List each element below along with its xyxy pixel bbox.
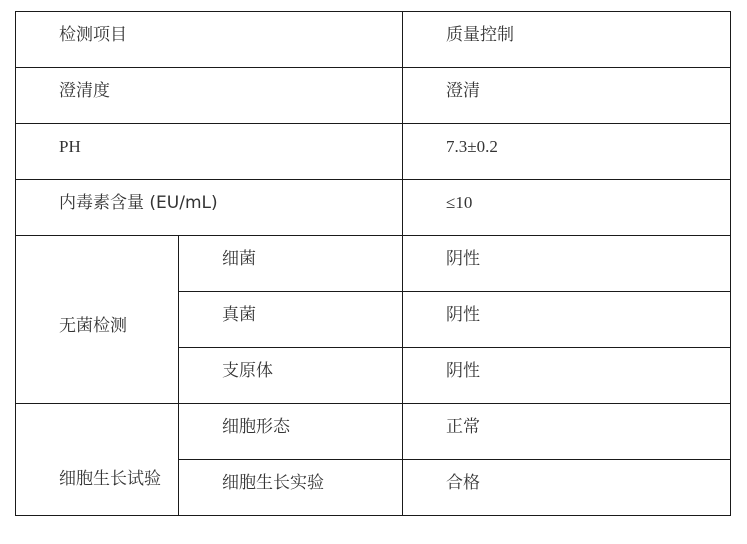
value-label: 阴性: [403, 236, 730, 270]
header-item-label: 检测项目: [16, 12, 402, 46]
value-cell: 7.3±0.2: [403, 124, 731, 180]
item-cell: PH: [16, 124, 403, 180]
value-label: ≤10: [403, 180, 730, 214]
subitem-cell: 细胞形态: [179, 404, 403, 460]
table-row: 内毒素含量 (EU/mL) ≤10: [16, 180, 731, 236]
subitem-label: 真菌: [179, 292, 402, 326]
value-cell: ≤10: [403, 180, 731, 236]
item-cell: 澄清度: [16, 68, 403, 124]
table-header-row: 检测项目 质量控制: [16, 12, 731, 68]
header-cell-item: 检测项目: [16, 12, 403, 68]
item-label: 澄清度: [16, 68, 402, 102]
quality-control-table: 检测项目 质量控制 澄清度 澄清 PH 7.3±0.2 内毒素含量 (EU/: [15, 11, 731, 516]
value-label: 阴性: [403, 292, 730, 326]
table-row: PH 7.3±0.2: [16, 124, 731, 180]
item-label: PH: [16, 124, 402, 158]
value-label: 合格: [403, 460, 730, 494]
subitem-label: 细胞形态: [179, 404, 402, 438]
item-cell: 内毒素含量 (EU/mL): [16, 180, 403, 236]
table-row: 澄清度 澄清: [16, 68, 731, 124]
subitem-cell: 真菌: [179, 292, 403, 348]
group-label: 无菌检测: [16, 303, 178, 337]
group-label-cell: 细胞生长试验: [16, 404, 179, 516]
group-label: 细胞生长试验: [16, 456, 178, 515]
header-cell-quality: 质量控制: [403, 12, 731, 68]
table-row: 细胞生长试验 细胞形态 正常: [16, 404, 731, 460]
value-label: 正常: [403, 404, 730, 438]
value-label: 阴性: [403, 348, 730, 382]
subitem-cell: 细菌: [179, 236, 403, 292]
group-label-cell: 无菌检测: [16, 236, 179, 404]
subitem-label: 细胞生长实验: [179, 460, 402, 494]
subitem-cell: 支原体: [179, 348, 403, 404]
header-quality-label: 质量控制: [403, 12, 730, 46]
value-label: 7.3±0.2: [403, 124, 730, 158]
subitem-label: 支原体: [179, 348, 402, 382]
item-label: 内毒素含量 (EU/mL): [16, 180, 402, 214]
value-label: 澄清: [403, 68, 730, 102]
subitem-cell: 细胞生长实验: [179, 460, 403, 516]
value-cell: 正常: [403, 404, 731, 460]
value-cell: 澄清: [403, 68, 731, 124]
value-cell: 阴性: [403, 236, 731, 292]
table-row: 无菌检测 细菌 阴性: [16, 236, 731, 292]
value-cell: 合格: [403, 460, 731, 516]
value-cell: 阴性: [403, 292, 731, 348]
subitem-label: 细菌: [179, 236, 402, 270]
value-cell: 阴性: [403, 348, 731, 404]
